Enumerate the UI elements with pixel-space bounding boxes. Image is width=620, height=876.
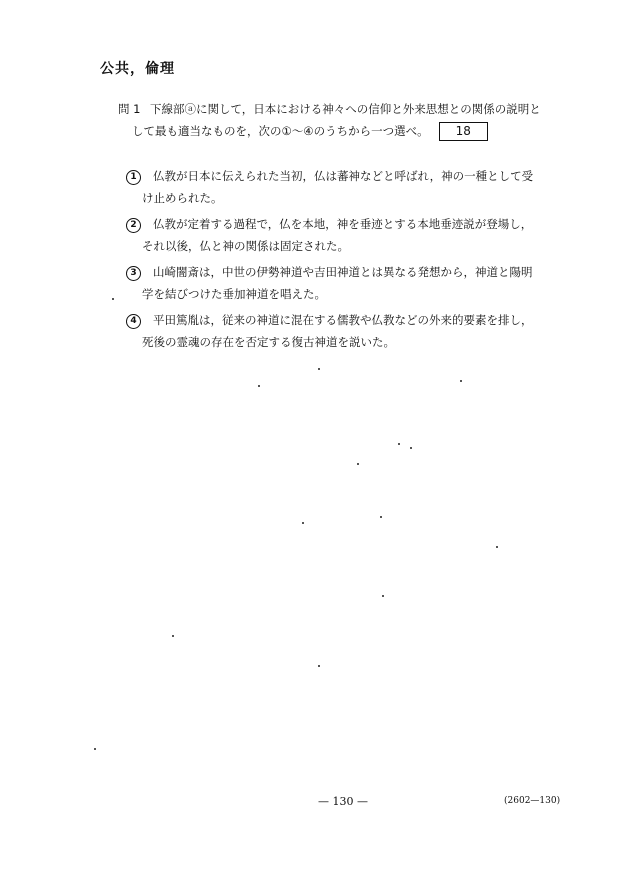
question-line-2: して最も適当なものを，次の①～④のうちから一つ選べ。18 <box>118 120 568 142</box>
answer-box: 18 <box>439 122 488 141</box>
page-code: (2602—130) <box>504 796 560 806</box>
option-text: 仏教が定着する過程で，仏を本地，神を垂迹とする本地垂迹説が登場し， <box>153 217 532 231</box>
option-4: 4平田篤胤は，従来の神道に混在する儒教や仏教などの外来的要素を排し， 死後の霊魂… <box>126 309 566 353</box>
subject-title: 公共，倫理 <box>100 58 175 78</box>
option-text: 平田篤胤は，従来の神道に混在する儒教や仏教などの外来的要素を排し， <box>153 313 533 327</box>
option-number-icon: 1 <box>126 170 141 185</box>
question-number: 問 1 <box>118 98 150 120</box>
option-text-cont: それ以後，仏と神の関係は固定された。 <box>126 235 566 257</box>
options-list: 1仏教が日本に伝えられた当初，仏は蕃神などと呼ばれ，神の一種として受 け止められ… <box>126 165 566 357</box>
question-line-1: 問 1下線部ⓐに関して，日本における神々への信仰と外来思想との関係の説明と <box>118 98 568 120</box>
option-3: 3山崎闇斎は，中世の伊勢神道や吉田神道とは異なる発想から，神道と陽明 学を結びつ… <box>126 261 566 305</box>
option-number-icon: 4 <box>126 314 141 329</box>
question-text-1: 下線部ⓐに関して，日本における神々への信仰と外来思想との関係の説明と <box>150 102 541 116</box>
scan-speck <box>94 748 96 750</box>
scan-speck <box>302 522 304 524</box>
scan-speck <box>496 546 498 548</box>
scan-speck <box>318 368 320 370</box>
scan-speck <box>460 380 462 382</box>
option-1: 1仏教が日本に伝えられた当初，仏は蕃神などと呼ばれ，神の一種として受 け止められ… <box>126 165 566 209</box>
scan-speck <box>398 443 400 445</box>
scan-speck <box>382 595 384 597</box>
option-number-icon: 2 <box>126 218 141 233</box>
scan-speck <box>318 665 320 667</box>
option-text: 仏教が日本に伝えられた当初，仏は蕃神などと呼ばれ，神の一種として受 <box>153 169 533 183</box>
option-number-icon: 3 <box>126 266 141 281</box>
option-text-cont: け止められた。 <box>126 187 566 209</box>
scan-speck <box>112 298 114 300</box>
scan-speck <box>380 516 382 518</box>
scan-speck <box>172 635 174 637</box>
option-2: 2仏教が定着する過程で，仏を本地，神を垂迹とする本地垂迹説が登場し， それ以後，… <box>126 213 566 257</box>
option-text-cont: 学を結びつけた垂加神道を唱えた。 <box>126 283 566 305</box>
option-text-cont: 死後の霊魂の存在を否定する復古神道を説いた。 <box>126 331 566 353</box>
question-text-2: して最も適当なものを，次の①～④のうちから一つ選べ。 <box>132 124 429 138</box>
scan-speck <box>258 385 260 387</box>
question-1: 問 1下線部ⓐに関して，日本における神々への信仰と外来思想との関係の説明と して… <box>118 98 568 142</box>
option-text: 山崎闇斎は，中世の伊勢神道や吉田神道とは異なる発想から，神道と陽明 <box>153 265 533 279</box>
scan-speck <box>357 463 359 465</box>
scan-speck <box>410 447 412 449</box>
page-number: — 130 — <box>318 795 368 808</box>
